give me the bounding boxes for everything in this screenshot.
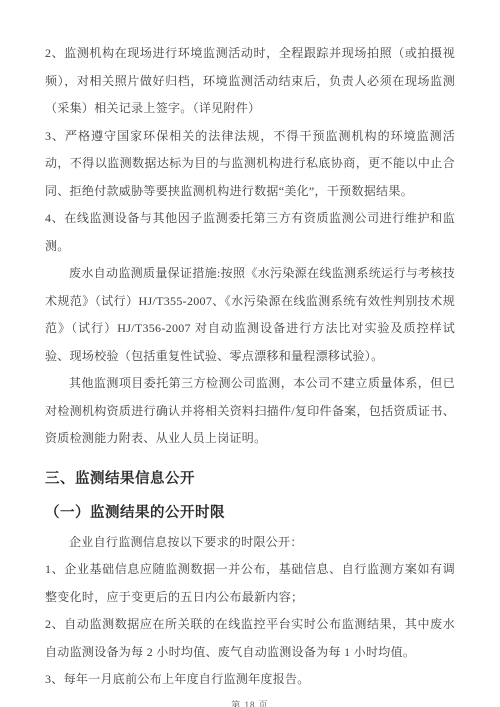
paragraph-law-compliance: 3、严格遵守国家环保相关的法律法规，不得干预监测机构的环境监测活动，不得以监测数… [45,123,455,206]
paragraph-online-equipment: 4、在线监测设备与其他因子监测委托第三方有资质监测公司进行维护和监测。 [45,205,455,260]
subsection-heading-disclosure-timeline: （一）监测结果的公开时限 [45,497,455,529]
section-heading-results-disclosure: 三、监测结果信息公开 [45,463,455,495]
paragraph-wastewater-qa: 废水自动监测质量保证措施:按照《水污染源在线监测系统运行与考核技术规范》（试行）… [45,260,455,370]
paragraph-disclosure-annual-report: 3、每年一月底前公布上年度自行监测年度报告。 [45,666,455,694]
paragraph-disclosure-intro: 企业自行监测信息按以下要求的时限公开： [45,529,455,557]
paragraph-disclosure-basic-info: 1、企业基础信息应随监测数据一并公布，基础信息、自行监测方案如有调整变化时，应于… [45,556,455,611]
paragraph-other-projects: 其他监测项目委托第三方检测公司监测，本公司不建立质量体系，但已对检测机构资质进行… [45,370,455,453]
paragraph-site-monitoring: 2、监测机构在现场进行环境监测活动时，全程跟踪并现场拍照（或拍摄视频），对相关照… [45,40,455,123]
page-number: 第 18 页 [45,696,455,707]
document-page: 2、监测机构在现场进行环境监测活动时，全程跟踪并现场拍照（或拍摄视频），对相关照… [0,0,500,707]
paragraph-disclosure-auto-data: 2、自动监测数据应在所关联的在线监控平台实时公布监测结果，其中废水自动监测设备为… [45,611,455,666]
